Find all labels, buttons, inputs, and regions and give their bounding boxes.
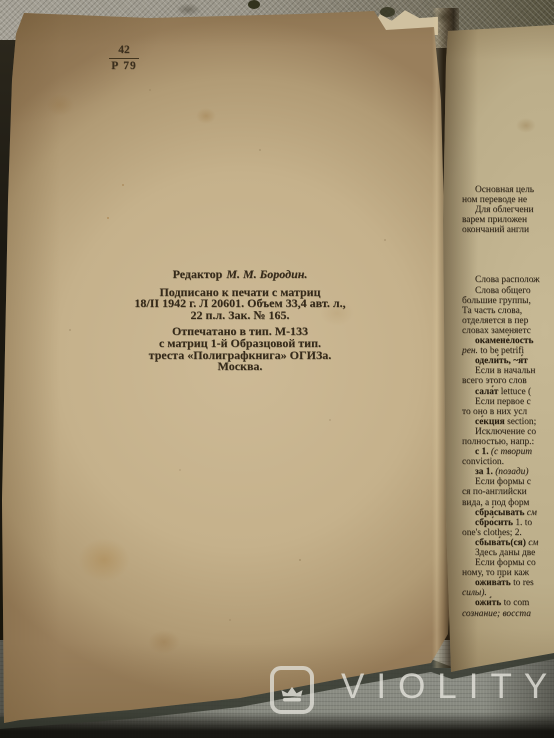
debris-speck [248,0,260,9]
text-segment: словах заменяетс [462,326,531,336]
text-line: ожи́ть to com [462,598,540,608]
text-line: сбро́сить 1. to [462,518,540,528]
stain [148,630,180,654]
text-line: Для облегчени [462,205,540,215]
text-segment: варем приложен [462,215,527,225]
right-page-text: Основная цельном переводе неДля облегчен… [462,185,540,619]
text-line: то оно в них усл [462,407,540,417]
text-line: сбра́сывать см [462,508,540,518]
stain [196,108,216,124]
text-segment: one's clothes; 2. [462,528,522,538]
text-segment: Слова располож [475,275,540,285]
text-segment: рен. [462,346,478,356]
text-line: ся по-английски [462,487,540,497]
text-line: сбыва́ть(ся) см [462,538,540,548]
text-line: Слова располож [462,275,540,285]
colophon: РедакторМ. М. Бородин. Подписано к печат… [120,269,360,373]
text-segment: за 1. [475,467,493,477]
text-line: большие группы, [462,296,540,306]
text-segment: 1. to [513,518,532,528]
colophon-paragraph-printer: Отпечатано в тип. М-133с матриц 1-й Обра… [120,326,360,372]
text-segment: отделяется в пер [462,316,528,326]
text-segment: полностью, напр.: [462,437,534,447]
text-line: conviction. [462,457,540,467]
text-segment: ному, то при каж [462,568,529,578]
text-line: вида, а под форм [462,498,540,508]
editor-name: М. М. Бородин. [226,267,307,281]
colophon-line: Москва. [120,361,360,373]
stain [78,538,130,582]
text-segment: Если первое с [475,397,531,407]
text-segment: вида, а под форм [462,498,529,508]
book-photo: 42 Р 79 РедакторМ. М. Бородин. Подписано… [0,0,554,738]
editor-line: РедакторМ. М. Бородин. [120,269,360,281]
text-segment: ся по-английски [462,487,527,497]
text-line: Та часть слова, [462,306,540,316]
text-segment: Если в начальн [475,366,535,376]
text-segment: Та часть слова, [462,306,522,316]
text-line: Если формы со [462,558,540,568]
text-segment: большие группы, [462,296,531,306]
text-segment: ожива́ть [475,578,511,588]
text-segment: силы). [462,588,487,598]
text-segment: см [526,538,539,548]
call-number-bottom: Р 79 [92,60,156,73]
text-segment: lettuce ( [498,387,531,397]
text-segment: Для облегчени [475,205,534,215]
text-segment: to res [511,578,534,588]
text-segment: сала́т [475,387,498,397]
text-line: Здесь даны две [462,548,540,558]
text-line: с 1. (с творит [462,447,540,457]
editor-label: Редактор [173,267,223,281]
text-line: ожива́ть to res [462,578,540,588]
text-line: силы). [462,588,540,598]
text-segment: ожи́ть [475,598,501,608]
text-segment: сознание; восста [462,609,531,619]
text-segment: (позади) [493,467,529,477]
text-segment: (с творит [489,447,533,457]
text-line: ном переводе не [462,195,540,205]
text-line: словах заменяетс [462,326,540,336]
text-segment: Исключение со [475,427,536,437]
text-segment: сбыва́ть(ся) [475,538,526,548]
text-segment: ном переводе не [462,195,527,205]
text-segment: conviction. [462,457,504,467]
text-line: одели́ть, ~я́т [462,356,540,366]
text-segment: to be petrifi [478,346,524,356]
stain [46,94,74,116]
text-line: всего этого слов [462,376,540,386]
colophon-line: 22 п.л. Зак. № 165. [120,310,360,322]
text-line: Если в начальн [462,366,540,376]
text-segment: одели́ть, ~я́т [475,356,528,366]
text-line: Основная цель [462,185,540,195]
text-line: рен. to be petrifi [462,346,540,356]
text-line: полностью, напр.: [462,437,540,447]
text-segment: окамене́лость [475,336,533,346]
text-line: сала́т lettuce ( [462,387,540,397]
text-line: варем приложен [462,215,540,225]
text-segment: сбра́сывать [475,508,524,518]
colophon-paragraph-print: Подписано к печати с матриц18/II 1942 г.… [120,287,360,322]
text-segment: Слова общего [475,286,531,296]
text-segment: Здесь даны две [475,548,535,558]
call-number-top: 42 [109,44,139,59]
text-line: за 1. (позади) [462,467,540,477]
text-line: ному, то при каж [462,568,540,578]
text-segment: section; [505,417,537,427]
text-segment: to com [501,598,529,608]
text-line: Исключение со [462,427,540,437]
text-line: отделяется в пер [462,316,540,326]
text-line: окамене́лость [462,336,540,346]
text-line: сознание; восста [462,609,540,619]
text-line: Слова общего [462,286,540,296]
text-segment: се́кция [475,417,505,427]
text-line: се́кция section; [462,417,540,427]
text-segment: сбро́сить [475,518,513,528]
text-line: Если первое с [462,397,540,407]
text-line: Если формы с [462,477,540,487]
call-number: 42 Р 79 [92,44,156,73]
text-line: окончаний англи [462,225,540,235]
text-segment: всего этого слов [462,376,527,386]
text-line: one's clothes; 2. [462,528,540,538]
text-segment: Если формы с [475,477,531,487]
stain [516,118,536,133]
text-segment: Если формы со [475,558,536,568]
text-segment: то оно в них усл [462,407,527,417]
text-segment: см [524,508,537,518]
text-segment: Основная цель [475,185,534,195]
text-segment: с 1. [475,447,489,457]
text-segment: окончаний англи [462,225,529,235]
